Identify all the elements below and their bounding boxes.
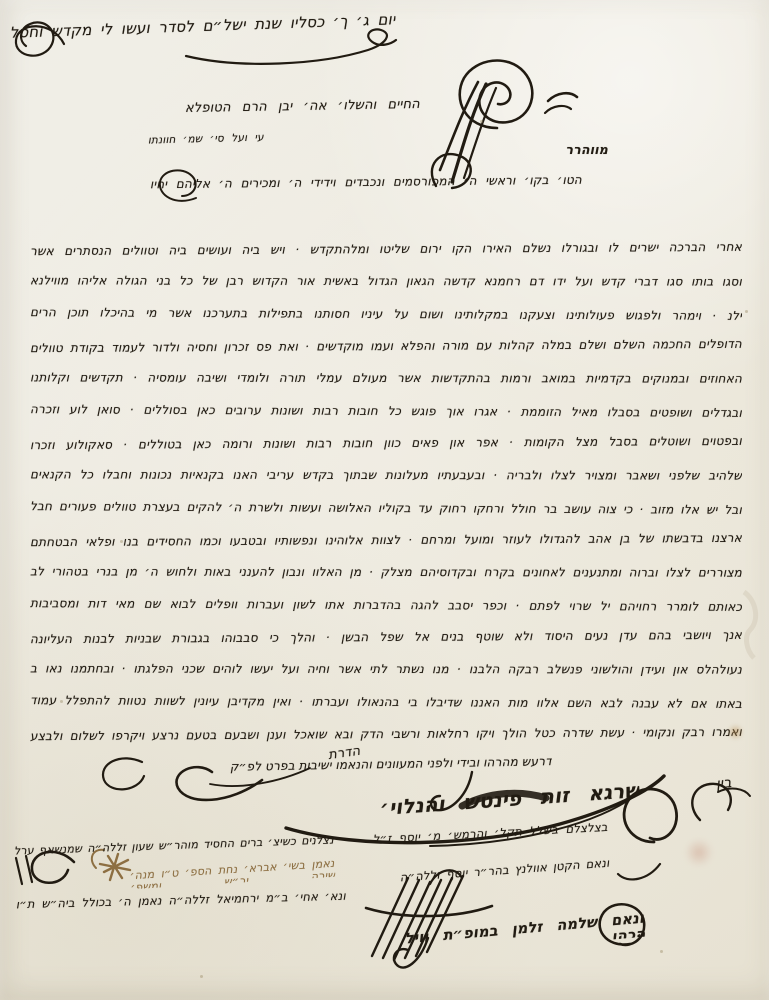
paper-speck — [745, 310, 748, 313]
salutation-subline: עי ועל סי׳ שמ׳ חוונתו — [148, 132, 264, 153]
body-line: האחוזים ובמנוקים בקדמיות במואב ורמות בהת… — [30, 371, 742, 396]
body-line: ובגדלים ושופטים בסבלו מאיל הזוממת · אגרו… — [30, 403, 742, 431]
salutation-arc-flourish — [548, 93, 577, 101]
body-line: ילנ · וימהר ולפגוש פעולותינו וצעקנו במקל… — [30, 306, 742, 334]
body-line: אחרי הברכה ישרים לו ובגורלו נשלם האירו ה… — [30, 241, 742, 269]
honorific-abbreviation: מווהרר — [550, 143, 608, 161]
body-line: ובפטוים ושוטלים בסבל מצל הקומות · אפר או… — [30, 435, 742, 463]
salutation-line: החיים והשלו׳ אה׳ יבן הרם הטופלא — [185, 98, 420, 124]
addressee-line: הטו׳ בקו׳ וראשי ה׳ המפורסמים ונכבדים ויד… — [150, 174, 582, 201]
signature-right-mark: בין — [691, 776, 733, 800]
body-line: ובל יש אלו מזוב · כי צוה עושב בר חולל ור… — [30, 500, 742, 528]
paper-speck — [660, 950, 663, 953]
body-line: שלהיב שלפני ושאבר ומצויר לצלו ולבריה · ו… — [30, 468, 742, 493]
body-line: אנך ויושבי בהם עדן נעים היסוד ולא שוטף ב… — [30, 629, 742, 657]
salutation-arc-flourish — [545, 106, 571, 113]
paper-crease-mark — [744, 592, 756, 658]
right-cluster-tail-flourish — [618, 864, 660, 879]
body-line: כאותם לומרר רחויהם יל שרוי לפתם · וכפר י… — [30, 597, 742, 625]
body-line: נעולהלס און ועידן והולשוני פנשלב רבקה הל… — [30, 662, 742, 687]
body-line: ארצנו בדבשתו של בן אהב להגדולו לעוזר ומו… — [30, 532, 742, 560]
body-line: ואמרו רבק ונקומי · עשת שדרה כטל הולך ויק… — [30, 726, 742, 754]
body-line: וסגו בותו סגו דברי קדש ועל ידו דם רחמנא … — [30, 274, 742, 299]
scanned-letter-page: יום ג׳ ך׳ כסליו שנת ישל״ם לסדר ועשו לי מ… — [0, 0, 769, 1000]
closing-loop-flourish — [103, 758, 144, 789]
paper-speck — [480, 120, 483, 123]
paper-speck — [60, 700, 63, 703]
body-line: באתו אם לא עבנה לבא השם אלוו מות האננו ש… — [30, 694, 742, 722]
paper-speck — [120, 540, 123, 543]
body-line: הדופלים החכמה השלם ושלם במלה קהלות עם מו… — [30, 338, 742, 366]
body-line: מצוררים לצלו וברוה ומתנענים לאחונים בקרח… — [30, 565, 742, 590]
paper-speck — [200, 975, 203, 978]
